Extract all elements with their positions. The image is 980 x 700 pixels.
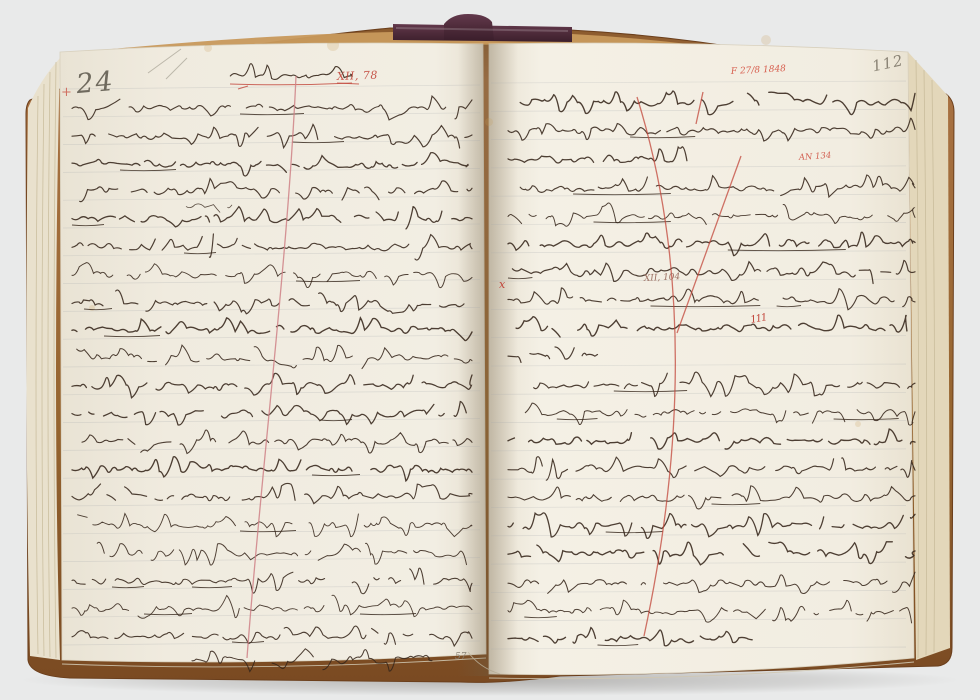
foxing-stain — [485, 118, 493, 126]
foxing-stain — [761, 35, 771, 45]
red-plus-mark: + — [61, 85, 72, 100]
foxing-stain — [327, 39, 339, 51]
page-number-left: 24 — [74, 66, 116, 100]
red-reference-left: XII, 78 — [336, 69, 378, 83]
spine-head-band-bump — [444, 14, 494, 40]
pencil-reference: XII, 104 — [643, 272, 681, 284]
foxing-stain — [855, 421, 861, 427]
foxing-stain — [204, 44, 212, 52]
gutter-shadow — [458, 44, 518, 676]
manuscript-photo-scene: 24 + XII, 78 112 F 27/8 1848 AN 134 XII,… — [0, 0, 980, 700]
gutter-pencil-number: 57 — [455, 652, 467, 662]
red-x-mark: x — [499, 278, 506, 291]
foxing-stain — [89, 305, 95, 311]
open-notebook-photo: 24 + XII, 78 112 F 27/8 1848 AN 134 XII,… — [0, 0, 980, 700]
